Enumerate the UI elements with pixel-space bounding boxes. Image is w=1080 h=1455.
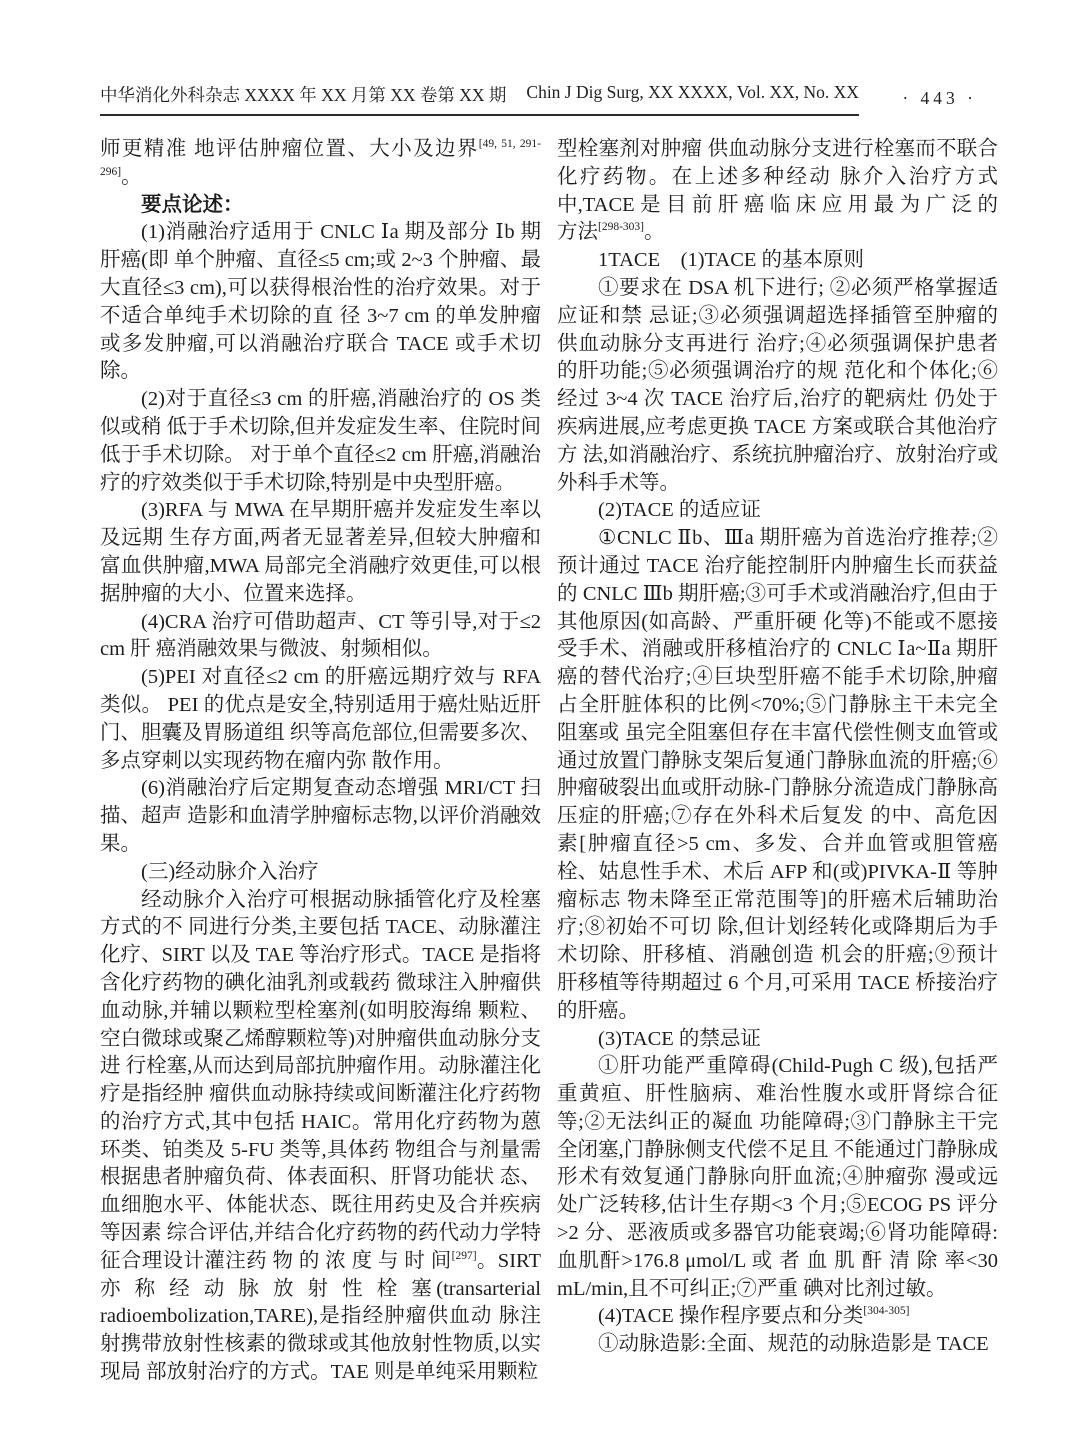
tace-contraindications-heading: (3)TACE 的禁忌证	[557, 1026, 998, 1054]
paragraph-angiography: ①动脉造影:全面、规范的动脉造影是 TACE	[557, 1331, 998, 1359]
left-column: 师更精准 地评估肿瘤位置、大小及边界[49, 51, 291-296]。 要点论…	[100, 136, 541, 1387]
keypoint-item-3: (3)RFA 与 MWA 在早期肝癌并发症发生率以及远期 生存方面,两者无显著差…	[100, 497, 541, 608]
paragraph-tace-contraindications: ①肝功能严重障碍(Child-Pugh C 级),包括严重黄疸、肝性脑病、难治性…	[557, 1053, 998, 1303]
page-number: · 443 ·	[902, 88, 997, 116]
section-heading-transarterial: (三)经动脉介入治疗	[100, 859, 541, 887]
keypoint-item-2: (2)对于直径≤3 cm 的肝癌,消融治疗的 OS 类似或稍 低于手术切除,但并…	[100, 386, 541, 497]
keypoint-item-4: (4)CRA 治疗可借助超声、CT 等引导,对于≤2 cm 肝 癌消融效果与微波…	[100, 609, 541, 665]
citation-ref: [298-303]	[598, 222, 644, 234]
paragraph-text: 师更精准 地评估肿瘤位置、大小及边界	[100, 138, 479, 160]
paragraph-transarterial: 经动脉介入治疗可根据动脉插管化疗及栓塞方式的不 同进行分类,主要包括 TACE、…	[100, 887, 541, 1387]
keypoint-item-6: (6)消融治疗后定期复查动态增强 MRI/CT 扫描、超声 造影和血清学肿瘤标志…	[100, 775, 541, 858]
paragraph-text: 。	[121, 166, 142, 188]
paragraph-tace-indications: ①CNLC Ⅱb、Ⅲa 期肝癌为首选治疗推荐;②预计通过 TACE 治疗能控制肝…	[557, 525, 998, 1025]
citation-ref: [297]	[452, 1250, 477, 1262]
article-body: 师更精准 地评估肿瘤位置、大小及边界[49, 51, 291-296]。 要点论…	[100, 136, 998, 1387]
paragraph-text: (4)TACE 操作程序要点和分类	[598, 1305, 863, 1327]
journal-page: 中华消化外科杂志 XXXX 年 XX 月第 XX 卷第 XX 期 Chin J …	[0, 0, 1080, 1455]
tace-indications-heading: (2)TACE 的适应证	[557, 497, 998, 525]
running-head: 中华消化外科杂志 XXXX 年 XX 月第 XX 卷第 XX 期 Chin J …	[100, 82, 997, 116]
paragraph-text: 经动脉介入治疗可根据动脉插管化疗及栓塞方式的不 同进行分类,主要包括 TACE、…	[100, 889, 541, 1272]
paragraph-continuation: 师更精准 地评估肿瘤位置、大小及边界[49, 51, 291-296]。	[100, 136, 541, 192]
keypoints-heading: 要点论述：	[100, 192, 541, 220]
journal-citation: 中华消化外科杂志 XXXX 年 XX 月第 XX 卷第 XX 期 Chin J …	[100, 82, 859, 116]
paragraph-text: 。	[644, 221, 665, 243]
paragraph-continuation: 型栓塞剂对肿瘤 供血动脉分支进行栓塞而不联合化疗药物。在上述多种经动 脉介入治疗…	[557, 136, 998, 247]
keypoint-item-1: (1)消融治疗适用于 CNLC Ⅰa 期及部分 Ⅰb 期肝癌(即 单个肿瘤、直径…	[100, 219, 541, 386]
right-column: 型栓塞剂对肿瘤 供血动脉分支进行栓塞而不联合化疗药物。在上述多种经动 脉介入治疗…	[557, 136, 998, 1387]
paragraph-tace-principles: ①要求在 DSA 机下进行; ②必须严格掌握适应证和禁 忌证;③必须强调超选择插…	[557, 275, 998, 497]
journal-title-cn: 中华消化外科杂志 XXXX 年 XX 月第 XX 卷第 XX 期	[100, 82, 506, 107]
tace-procedure-heading: (4)TACE 操作程序要点和分类[304-305]	[557, 1303, 998, 1331]
journal-title-en: Chin J Dig Surg, XX XXXX, Vol. XX, No. X…	[526, 82, 859, 107]
citation-ref: [304-305]	[863, 1306, 909, 1318]
tace-principles-heading: 1TACE (1)TACE 的基本原则	[557, 247, 998, 275]
keypoint-item-5: (5)PEI 对直径≤2 cm 的肝癌远期疗效与 RFA 类似。 PEI 的优点…	[100, 664, 541, 775]
